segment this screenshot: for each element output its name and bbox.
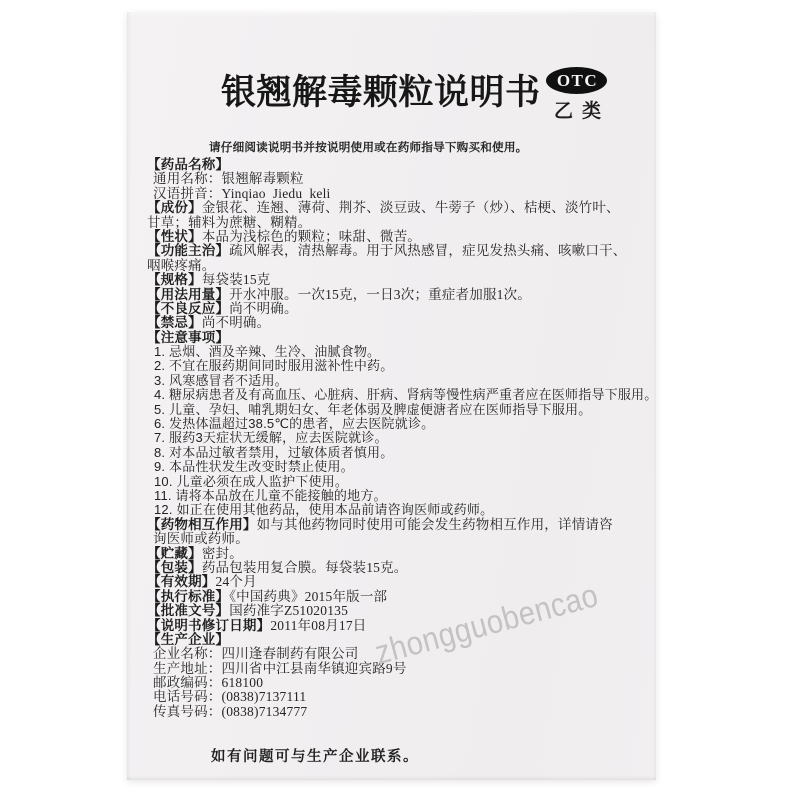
- leaflet-text-line: 企业名称：四川逢春制药有限公司: [153, 647, 653, 661]
- leaflet-text-line: 【生产企业】: [147, 633, 653, 647]
- leaflet-text-line: 【功能主治】疏风解表，清热解毒。用于风热感冒，症见发热头痛、咳嗽口干、: [147, 244, 653, 258]
- read-instructions-notice: 请仔细阅读说明书并按说明使用或在药师指导下购买和使用。: [209, 139, 527, 155]
- leaflet-text-line: 【执行标准】《中国药典》2015年版一部: [147, 590, 653, 604]
- leaflet-text-line: 1. 忌烟、酒及辛辣、生冷、油腻食物。: [154, 345, 653, 359]
- page-title: 银翘解毒颗粒说明书: [221, 65, 541, 115]
- leaflet-text-line: 【规格】每袋装15克: [147, 273, 653, 287]
- contact-manufacturer-note: 如有问题可与生产企业联系。: [211, 745, 419, 766]
- leaflet-text-line: 传真号码：(0838)7134777: [153, 705, 653, 719]
- leaflet-text-line: 【批准文号】国药准字Z51020135: [147, 604, 653, 618]
- leaflet-text-line: 生产地址：四川省中江县南华镇迎宾路9号: [153, 662, 653, 676]
- leaflet-text-line: 【药物相互作用】如与其他药物同时使用可能会发生药物相互作用，详情请咨: [147, 518, 653, 532]
- leaflet-text-line: 询医师或药师。: [153, 532, 653, 546]
- leaflet-body-text: 【药品名称】通用名称：银翘解毒颗粒汉语拼音：Yinqiao Jiedu keli…: [147, 158, 653, 719]
- otc-class-label: 乙类: [554, 96, 626, 123]
- leaflet-text-line: 12. 如正在使用其他药品，使用本品前请咨询医师或药师。: [154, 503, 653, 517]
- leaflet-text-line: 【注意事项】: [147, 331, 653, 345]
- leaflet-text-line: 4. 糖尿病患者及有高血压、心脏病、肝病、肾病等慢性病严重者应在医师指导下服用。: [154, 388, 653, 402]
- leaflet-text-line: 7. 服药3天症状无缓解，应去医院就诊。: [154, 431, 653, 445]
- leaflet-text-line: 甘草；辅料为蔗糖、糊精。: [147, 216, 653, 230]
- leaflet-text-line: 电话号码：(0838)7137111: [153, 690, 653, 704]
- leaflet-text-line: 6. 发热体温超过38.5℃的患者，应去医院就诊。: [154, 417, 653, 431]
- leaflet-text-line: 3. 风寒感冒者不适用。: [154, 374, 653, 388]
- leaflet-text-line: 【有效期】24个月: [147, 575, 653, 589]
- leaflet-text-line: 11. 请将本品放在儿童不能接触的地方。: [154, 489, 653, 503]
- leaflet-text-line: 5. 儿童、孕妇、哺乳期妇女、年老体弱及脾虚便溏者应在医师指导下服用。: [154, 403, 653, 417]
- photo-background: 银翘解毒颗粒说明书 OTC 乙类 请仔细阅读说明书并按说明使用或在药师指导下购买…: [0, 0, 800, 800]
- otc-badge-icon: OTC: [546, 67, 607, 94]
- leaflet-text-line: 咽喉疼痛。: [147, 259, 653, 273]
- leaflet-text-line: 【成份】金银花、连翘、薄荷、荆芥、淡豆豉、牛蒡子（炒）、桔梗、淡竹叶、: [147, 201, 653, 215]
- leaflet-text-line: 【贮藏】密封。: [147, 547, 653, 561]
- otc-group: OTC 乙类: [546, 67, 626, 123]
- leaflet-text-line: 8. 对本品过敏者禁用，过敏体质者慎用。: [154, 446, 653, 460]
- leaflet-text-line: 9. 本品性状发生改变时禁止使用。: [154, 460, 653, 474]
- leaflet-text-line: 【用法用量】开水冲服。一次15克，一日3次；重症者加服1次。: [147, 288, 653, 302]
- leaflet-text-line: 【说明书修订日期】2011年08月17日: [147, 619, 653, 633]
- leaflet-text-line: 汉语拼音：Yinqiao Jiedu keli: [153, 187, 653, 201]
- leaflet-text-line: 【禁忌】尚不明确。: [147, 316, 653, 330]
- leaflet-text-line: 10. 儿童必须在成人监护下使用。: [154, 475, 653, 489]
- leaflet-text-line: 通用名称：银翘解毒颗粒: [153, 172, 653, 186]
- leaflet-text-line: 2. 不宜在服药期间同时服用滋补性中药。: [154, 359, 653, 373]
- drug-leaflet-paper: 银翘解毒颗粒说明书 OTC 乙类 请仔细阅读说明书并按说明使用或在药师指导下购买…: [127, 12, 656, 780]
